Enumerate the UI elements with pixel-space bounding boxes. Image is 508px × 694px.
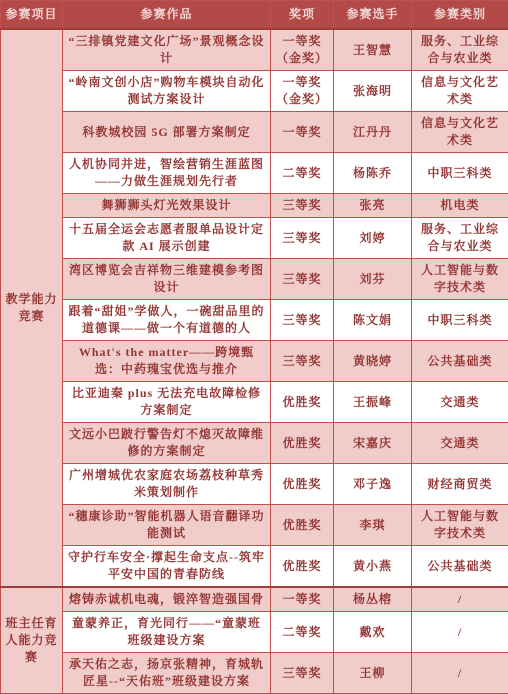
category-cell: / [412,587,508,612]
category-cell: 服务、工业综合与农业类 [412,29,508,71]
table-row: 人机协同并进，智绘营销生涯蓝图——力做生涯规划先行者 二等奖 杨陈乔 中职三科类 [1,153,508,194]
table-row: 童蒙养正，育光同行——“童蒙班班级建设方案 二等奖 戴欢 / [1,612,508,653]
table-row: 比亚迪秦 plus 无法充电故障检修方案制定 优胜奖 王振峰 交通类 [1,382,508,423]
category-cell: 财经商贸类 [412,464,508,505]
award-cell: 一等奖 [271,112,334,153]
category-cell: 信息与文化艺术类 [412,71,508,112]
work-cell: 湾区博览会吉祥物三维建模参考图设计 [63,259,271,300]
contestant-cell: 李琪 [334,505,412,546]
work-cell: 科教城校园 5G 部署方案制定 [63,112,271,153]
work-cell: 守护行车安全·撑起生命支点--筑牢平安中国的青春防线 [63,546,271,588]
project-group-cell: 班主任育人能力竞赛 [1,587,63,694]
header-row: 参赛项目 参赛作品 奖项 参赛选手 参赛类别 [1,1,508,30]
table-row: 承天佑之志，扬京张精神，育城轨匠星--“天佑班”班级建设方案 三等奖 王柳 / [1,653,508,694]
col-header-project: 参赛项目 [1,1,63,30]
project-group-cell: 教学能力竞赛 [1,29,63,587]
contestant-cell: 邓子逸 [334,464,412,505]
table-row: 文远小巴跛行警告灯不熄灭故障维修的方案制定 优胜奖 宋嘉庆 交通类 [1,423,508,464]
work-cell: 文远小巴跛行警告灯不熄灭故障维修的方案制定 [63,423,271,464]
contestant-cell: 王智慧 [334,29,412,71]
table-row: “穗康诊助”智能机器人语音翻译功能测试 优胜奖 李琪 人工智能与数字技术类 [1,505,508,546]
category-cell: / [412,653,508,694]
category-cell: 服务、工业综合与农业类 [412,218,508,259]
table-row: “岭南文创小店”购物车模块自动化测试方案设计 一等奖 （金奖） 张海明 信息与文… [1,71,508,112]
contestant-cell: 戴欢 [334,612,412,653]
category-cell: 中职三科类 [412,153,508,194]
table-body: 教学能力竞赛 “三排镇党建文化广场”景观概念设计 一等奖 （金奖） 王智慧 服务… [1,29,508,694]
contestant-cell: 宋嘉庆 [334,423,412,464]
category-cell: 中职三科类 [412,300,508,341]
work-cell: 广州增城优农家庭农场荔枝种草秀米策划制作 [63,464,271,505]
award-cell: 三等奖 [271,218,334,259]
award-cell: 三等奖 [271,653,334,694]
contestant-cell: 张海明 [334,71,412,112]
award-cell: 三等奖 [271,341,334,382]
contestant-cell: 江丹丹 [334,112,412,153]
work-cell: 舞狮狮头灯光效果设计 [63,194,271,218]
award-cell: 三等奖 [271,300,334,341]
work-cell: What's the matter——跨境甄选：中药瑰宝优选与推介 [63,341,271,382]
contestant-cell: 刘婷 [334,218,412,259]
contestant-cell: 王振峰 [334,382,412,423]
category-cell: 公共基础类 [412,341,508,382]
table-row: 广州增城优农家庭农场荔枝种草秀米策划制作 优胜奖 邓子逸 财经商贸类 [1,464,508,505]
category-cell: 机电类 [412,194,508,218]
table-row: 舞狮狮头灯光效果设计 三等奖 张亮 机电类 [1,194,508,218]
category-cell: 公共基础类 [412,546,508,588]
work-cell: “三排镇党建文化广场”景观概念设计 [63,29,271,71]
table-row: 湾区博览会吉祥物三维建模参考图设计 三等奖 刘芬 人工智能与数字技术类 [1,259,508,300]
award-cell: 三等奖 [271,194,334,218]
table-header: 参赛项目 参赛作品 奖项 参赛选手 参赛类别 [1,1,508,30]
award-cell: 一等奖 （金奖） [271,29,334,71]
work-cell: 比亚迪秦 plus 无法充电故障检修方案制定 [63,382,271,423]
table-row: 教学能力竞赛 “三排镇党建文化广场”景观概念设计 一等奖 （金奖） 王智慧 服务… [1,29,508,71]
award-cell: 优胜奖 [271,546,334,588]
awards-table: 参赛项目 参赛作品 奖项 参赛选手 参赛类别 教学能力竞赛 “三排镇党建文化广场… [0,0,508,694]
table-row: 班主任育人能力竞赛 熔铸赤诚机电魂，锻淬智造强国骨 一等奖 杨丛榕 / [1,587,508,612]
award-cell: 一等奖 [271,587,334,612]
category-cell: 交通类 [412,423,508,464]
contestant-cell: 刘芬 [334,259,412,300]
category-cell: 人工智能与数字技术类 [412,259,508,300]
work-cell: 童蒙养正，育光同行——“童蒙班班级建设方案 [63,612,271,653]
category-cell: / [412,612,508,653]
award-cell: 二等奖 [271,612,334,653]
work-cell: 人机协同并进，智绘营销生涯蓝图——力做生涯规划先行者 [63,153,271,194]
category-cell: 交通类 [412,382,508,423]
contestant-cell: 杨丛榕 [334,587,412,612]
contestant-cell: 黄晓婷 [334,341,412,382]
award-cell: 优胜奖 [271,464,334,505]
award-cell: 一等奖 （金奖） [271,71,334,112]
work-cell: 十五届全运会志愿者服单品设计定款 AI 展示创建 [63,218,271,259]
award-cell: 优胜奖 [271,423,334,464]
work-cell: “岭南文创小店”购物车模块自动化测试方案设计 [63,71,271,112]
col-header-award: 奖项 [271,1,334,30]
work-cell: 承天佑之志，扬京张精神，育城轨匠星--“天佑班”班级建设方案 [63,653,271,694]
contestant-cell: 杨陈乔 [334,153,412,194]
col-header-contestant: 参赛选手 [334,1,412,30]
work-cell: 跟着“甜姐”学做人，一碗甜品里的道德课——做一个有道德的人 [63,300,271,341]
award-cell: 优胜奖 [271,382,334,423]
table-row: 跟着“甜姐”学做人，一碗甜品里的道德课——做一个有道德的人 三等奖 陈文娟 中职… [1,300,508,341]
contestant-cell: 王柳 [334,653,412,694]
contestant-cell: 黄小燕 [334,546,412,588]
contestant-cell: 张亮 [334,194,412,218]
category-cell: 信息与文化艺术类 [412,112,508,153]
contestant-cell: 陈文娟 [334,300,412,341]
table-row: 科教城校园 5G 部署方案制定 一等奖 江丹丹 信息与文化艺术类 [1,112,508,153]
award-cell: 三等奖 [271,259,334,300]
col-header-category: 参赛类别 [412,1,508,30]
table-row: 十五届全运会志愿者服单品设计定款 AI 展示创建 三等奖 刘婷 服务、工业综合与… [1,218,508,259]
work-cell: “穗康诊助”智能机器人语音翻译功能测试 [63,505,271,546]
award-cell: 优胜奖 [271,505,334,546]
col-header-work: 参赛作品 [63,1,271,30]
award-cell: 二等奖 [271,153,334,194]
table-row: What's the matter——跨境甄选：中药瑰宝优选与推介 三等奖 黄晓… [1,341,508,382]
table-row: 守护行车安全·撑起生命支点--筑牢平安中国的青春防线 优胜奖 黄小燕 公共基础类 [1,546,508,588]
category-cell: 人工智能与数字技术类 [412,505,508,546]
work-cell: 熔铸赤诚机电魂，锻淬智造强国骨 [63,587,271,612]
